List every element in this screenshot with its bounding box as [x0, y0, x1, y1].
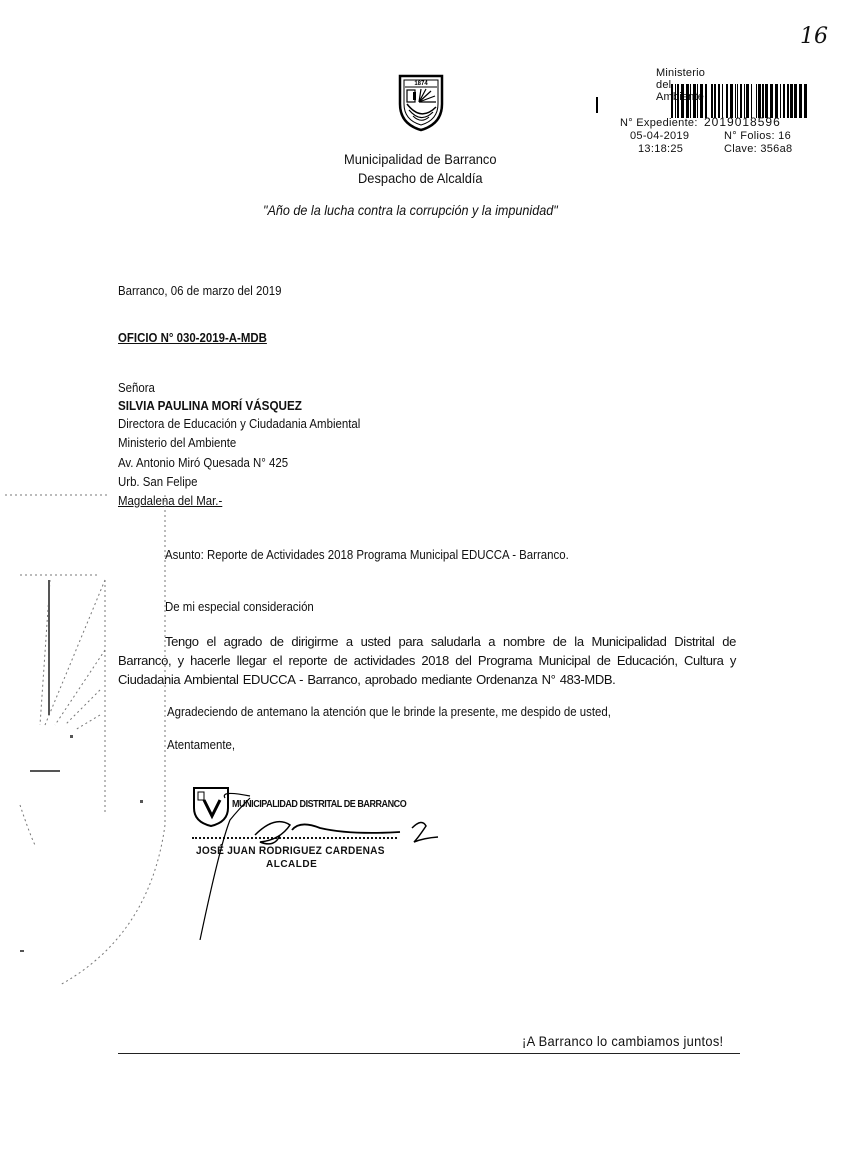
place-date: Barranco, 06 de marzo del 2019 [118, 281, 281, 300]
letter-regards: Atentamente, [167, 735, 235, 754]
stamp-date: 05-04-2019 [630, 130, 689, 143]
expediente-number: 2019018596 [704, 116, 781, 129]
stamp-folios: N° Folios: 16 [724, 130, 791, 143]
letter-closing: Agradeciendo de antemano la atención que… [167, 702, 611, 721]
handwritten-signature-icon [180, 790, 440, 940]
recipient-organization: Ministerio del Ambiente [118, 433, 236, 452]
letter-body-paragraph: Tengo el agrado de dirigirme a usted par… [118, 632, 736, 689]
municipal-crest-icon: 1874 [397, 74, 445, 132]
year-motto: "Año de la lucha contra la corrupción y … [263, 201, 558, 220]
recipient-salutation: Señora [118, 378, 155, 397]
municipality-name: Municipalidad de Barranco [344, 150, 497, 169]
letter-greeting: De mi especial consideración [165, 597, 314, 616]
letter-subject: Asunto: Reporte de Actividades 2018 Prog… [165, 545, 569, 564]
footer-slogan: ¡A Barranco lo cambiamos juntos! [522, 1032, 723, 1051]
svg-text:1874: 1874 [414, 81, 428, 87]
office-name: Despacho de Alcaldía [358, 169, 483, 188]
stamp-time: 13:18:25 [638, 143, 683, 156]
faint-seal-watermark-icon [0, 485, 170, 1005]
recipient-address-line1: Av. Antonio Miró Quesada N° 425 [118, 453, 288, 472]
barcode-icon [671, 84, 809, 118]
recipient-role: Directora de Educación y Ciudadania Ambi… [118, 414, 360, 433]
handwritten-folio-number: 16 [800, 24, 828, 49]
oficio-number: OFICIO N° 030-2019-A-MDB [118, 328, 267, 347]
footer-divider [118, 1053, 740, 1054]
expediente-label: N° Expediente: [620, 117, 698, 130]
recipient-name: SILVIA PAULINA MORÍ VÁSQUEZ [118, 396, 302, 415]
stamp-mark [596, 97, 598, 113]
stamp-clave: Clave: 356a8 [724, 143, 792, 156]
